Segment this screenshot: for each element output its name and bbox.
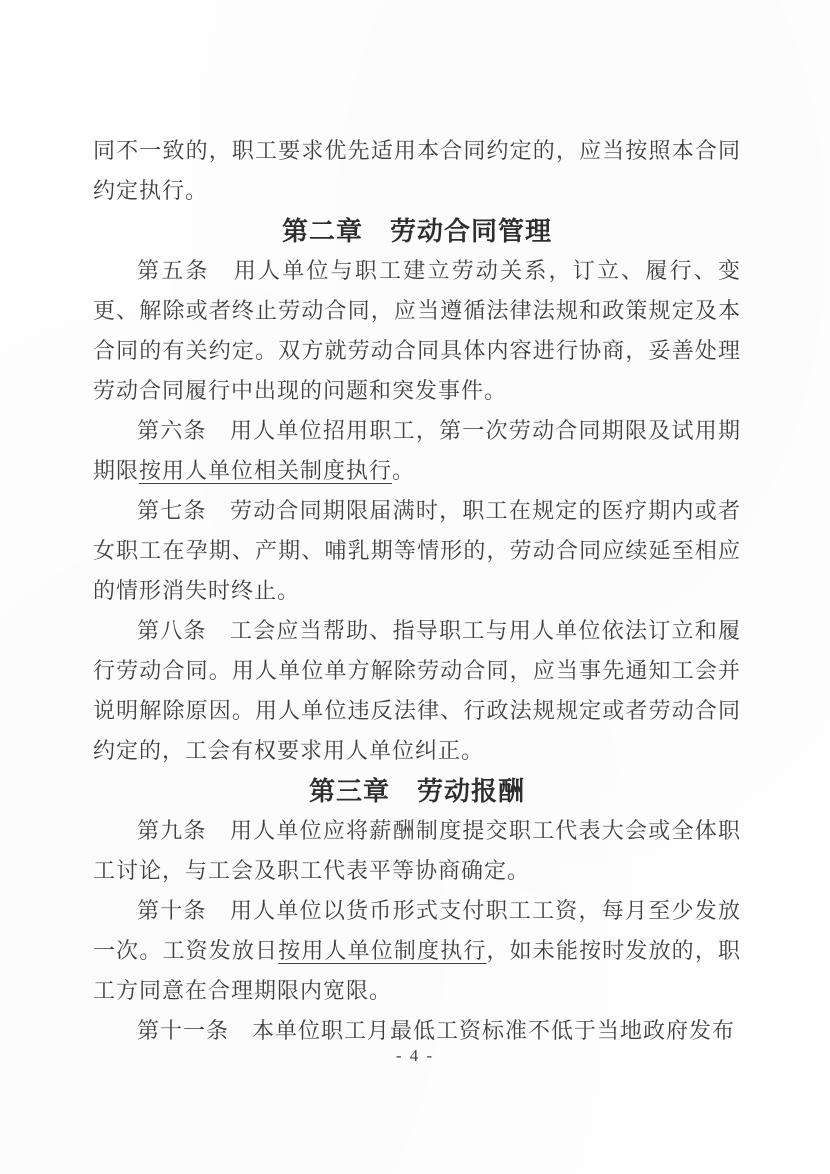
document-page: 同不一致的，职工要求优先适用本合同约定的，应当按照本合同约定执行。第二章 劳动合… — [0, 0, 830, 1174]
fill-in-underlined-text: 按用人单位制度执行 — [278, 938, 486, 963]
paragraph: 第五条 用人单位与职工建立劳动关系，订立、履行、变更、解除或者终止劳动合同，应当… — [93, 251, 741, 411]
paragraph: 第七条 劳动合同期限届满时，职工在规定的医疗期内或者女职工在孕期、产期、哺乳期等… — [93, 491, 741, 611]
paragraph-text: 第十一条 本单位职工月最低工资标准不低于当地政府发布 — [137, 1018, 735, 1043]
chapter-heading: 第三章 劳动报酬 — [93, 771, 741, 811]
paragraph-text: 第七条 劳动合同期限届满时，职工在规定的医疗期内或者女职工在孕期、产期、哺乳期等… — [93, 498, 741, 603]
paragraph-text: 。 — [392, 458, 415, 483]
paragraph: 第八条 工会应当帮助、指导职工与用人单位依法订立和履行劳动合同。用人单位单方解除… — [93, 611, 741, 771]
paragraph: 第十条 用人单位以货币形式支付职工工资，每月至少发放一次。工资发放日按用人单位制… — [93, 891, 741, 1011]
paragraph: 第六条 用人单位招用职工，第一次劳动合同期限及试用期期限按用人单位相关制度执行。 — [93, 411, 741, 491]
chapter-heading: 第二章 劳动合同管理 — [93, 211, 741, 251]
paragraph-text: 同不一致的，职工要求优先适用本合同约定的，应当按照本合同约定执行。 — [93, 138, 741, 203]
paragraph-text: 第九条 用人单位应将薪酬制度提交职工代表大会或全体职工讨论，与工会及职工代表平等… — [93, 818, 741, 883]
fill-in-underlined-text: 按用人单位相关制度执行 — [139, 458, 392, 483]
paragraph: 第九条 用人单位应将薪酬制度提交职工代表大会或全体职工讨论，与工会及职工代表平等… — [93, 811, 741, 891]
paragraph-text: 第八条 工会应当帮助、指导职工与用人单位依法订立和履行劳动合同。用人单位单方解除… — [93, 618, 741, 763]
document-body: 同不一致的，职工要求优先适用本合同约定的，应当按照本合同约定执行。第二章 劳动合… — [93, 131, 741, 1051]
paragraph-text: 第五条 用人单位与职工建立劳动关系，订立、履行、变更、解除或者终止劳动合同，应当… — [93, 258, 741, 403]
paragraph: 同不一致的，职工要求优先适用本合同约定的，应当按照本合同约定执行。 — [93, 131, 741, 211]
page-number: - 4 - — [0, 1045, 830, 1067]
